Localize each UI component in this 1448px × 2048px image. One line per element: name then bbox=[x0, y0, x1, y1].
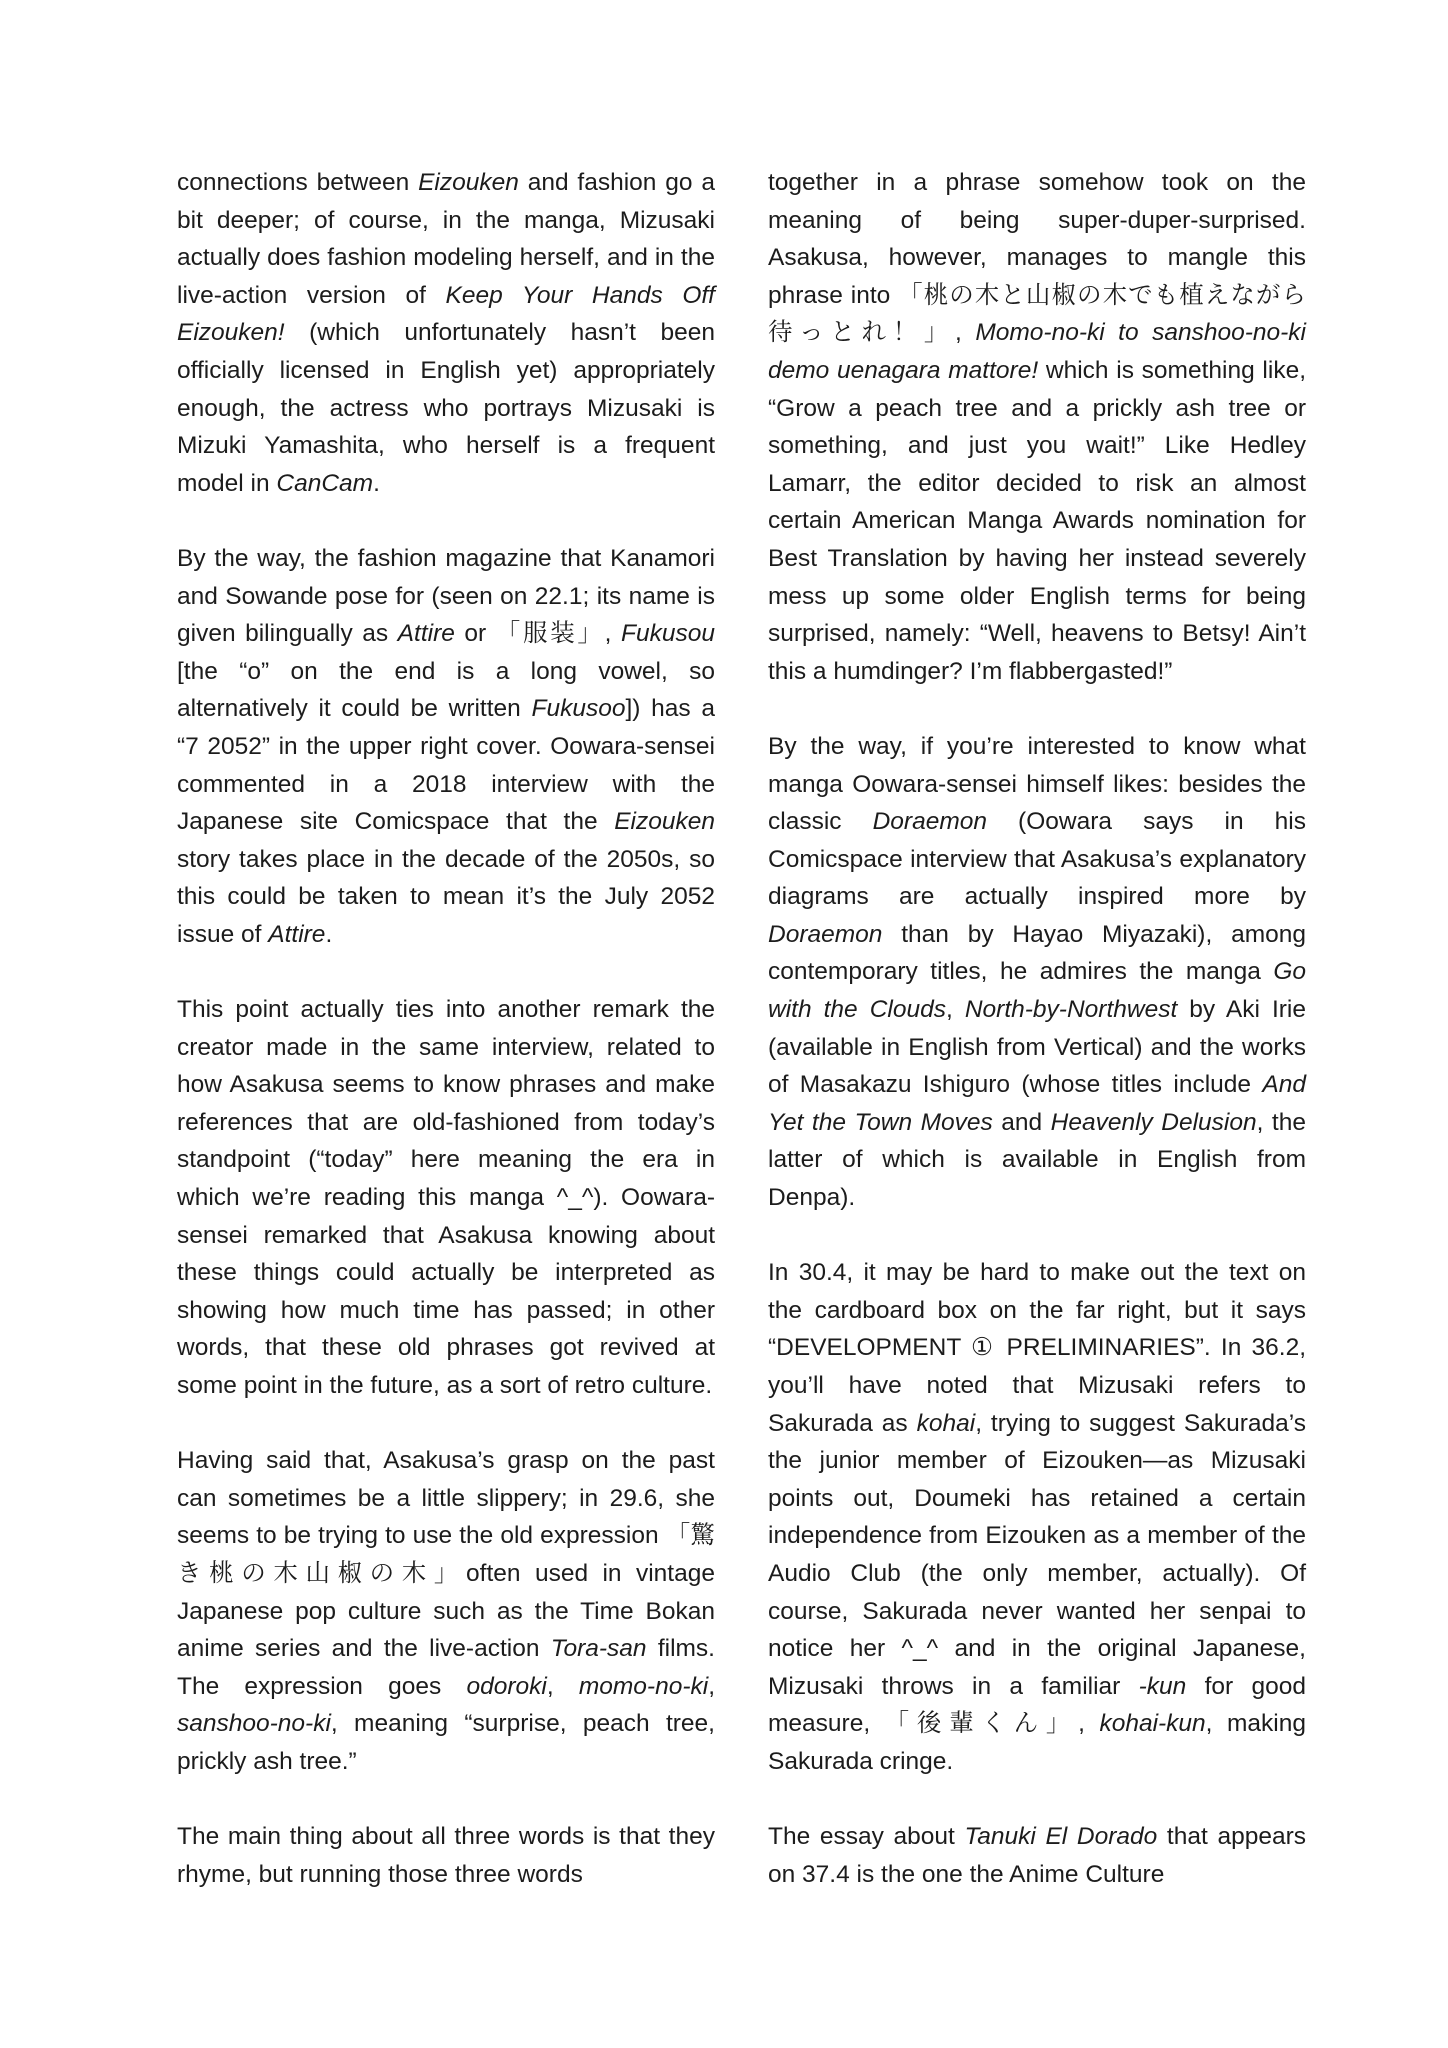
right-column: together in a phrase somehow took on the… bbox=[768, 164, 1306, 1893]
italic-text: Doraemon bbox=[873, 808, 987, 835]
paragraph: By the way, the fashion magazine that Ka… bbox=[177, 540, 715, 954]
paragraph: connections between Eizouken and fashion… bbox=[177, 164, 715, 502]
italic-text: -kun bbox=[1139, 1673, 1187, 1700]
italic-text: momo-no-ki bbox=[579, 1673, 708, 1700]
body-text: connections between bbox=[177, 169, 418, 196]
italic-text: Tora-san bbox=[551, 1635, 647, 1662]
body-text: , bbox=[708, 1673, 715, 1700]
italic-text: Attire bbox=[268, 921, 325, 948]
paragraph: By the way, if you’re interested to know… bbox=[768, 728, 1306, 1217]
body-text: , bbox=[946, 996, 965, 1023]
body-text: , bbox=[547, 1673, 579, 1700]
document-page: connections between Eizouken and fashion… bbox=[0, 0, 1448, 2048]
italic-text: sanshoo-no-ki bbox=[177, 1710, 331, 1737]
paragraph: This point actually ties into another re… bbox=[177, 991, 715, 1405]
body-text: The main thing about all three words is … bbox=[177, 1823, 715, 1888]
body-text: . bbox=[373, 470, 380, 497]
paragraph: together in a phrase somehow took on the… bbox=[768, 164, 1306, 690]
italic-text: North-by-Northwest bbox=[965, 996, 1177, 1023]
italic-text: Doraemon bbox=[768, 921, 882, 948]
italic-text: Heavenly Delusion bbox=[1051, 1109, 1257, 1136]
body-text: , trying to suggest Sakurada’s the junio… bbox=[768, 1410, 1306, 1700]
body-text: The essay about bbox=[768, 1823, 965, 1850]
italic-text: kohai-kun bbox=[1099, 1710, 1205, 1737]
body-text: which is something like, “Grow a peach t… bbox=[768, 357, 1306, 685]
left-column: connections between Eizouken and fashion… bbox=[177, 164, 715, 1893]
italic-text: kohai bbox=[917, 1410, 976, 1437]
italic-text: Eizouken bbox=[418, 169, 519, 196]
italic-text: Tanuki El Dorado bbox=[965, 1823, 1158, 1850]
body-text: Having said that, Asakusa’s grasp on the… bbox=[177, 1447, 715, 1662]
body-text: This point actually ties into another re… bbox=[177, 996, 715, 1399]
body-text: . bbox=[325, 921, 332, 948]
italic-text: Fukusou bbox=[621, 620, 715, 647]
paragraph: The main thing about all three words is … bbox=[177, 1818, 715, 1893]
paragraph: In 30.4, it may be hard to make out the … bbox=[768, 1254, 1306, 1780]
italic-text: Fukusoo bbox=[532, 695, 626, 722]
body-text: or 「服装」, bbox=[455, 620, 621, 647]
italic-text: Eizouken bbox=[614, 808, 715, 835]
body-text: story takes place in the decade of the 2… bbox=[177, 846, 715, 948]
italic-text: CanCam bbox=[276, 470, 373, 497]
italic-text: odoroki bbox=[466, 1673, 546, 1700]
paragraph: The essay about Tanuki El Dorado that ap… bbox=[768, 1818, 1306, 1893]
body-text: and bbox=[993, 1109, 1051, 1136]
paragraph: Having said that, Asakusa’s grasp on the… bbox=[177, 1442, 715, 1780]
italic-text: Attire bbox=[398, 620, 455, 647]
